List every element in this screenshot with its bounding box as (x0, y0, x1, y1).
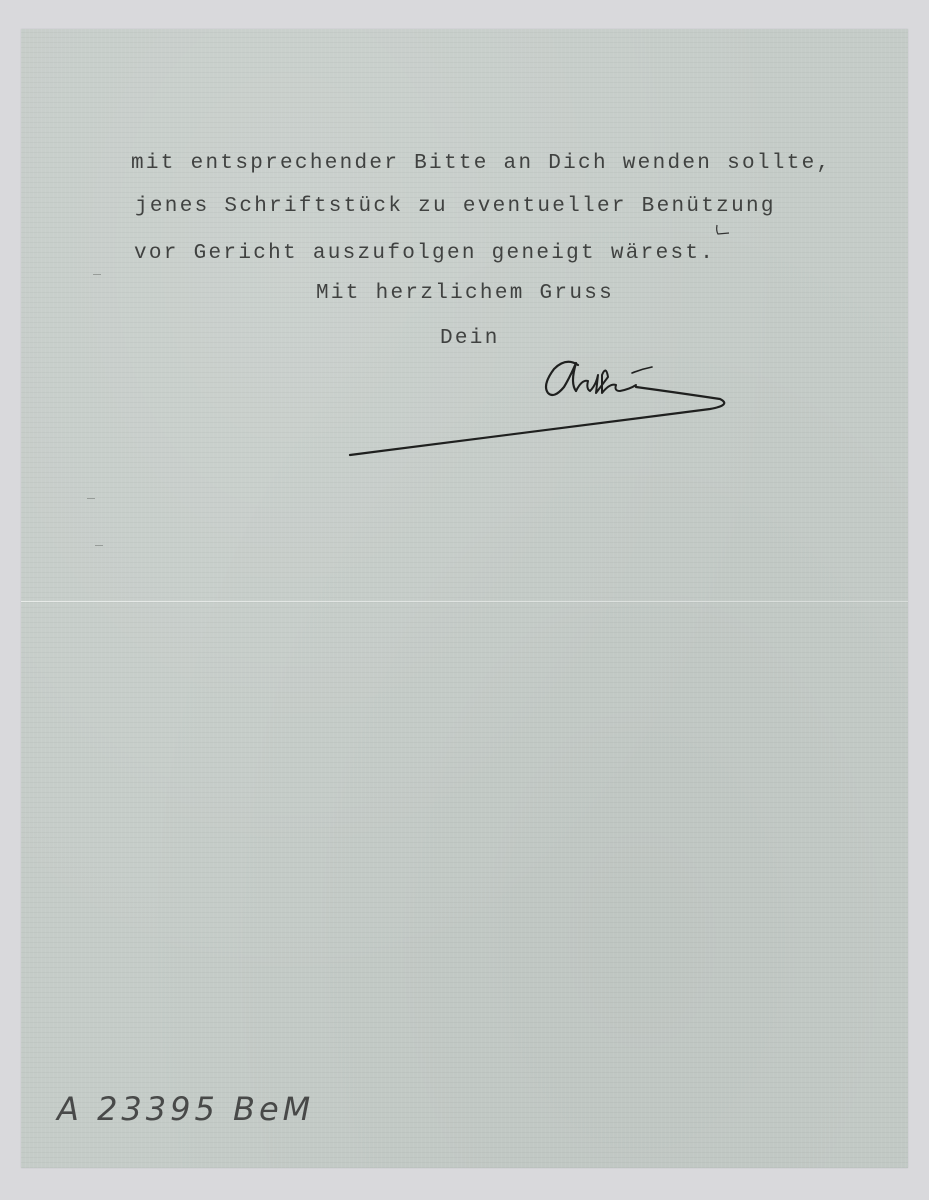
margin-mark (95, 545, 103, 546)
valediction: Dein (440, 328, 500, 349)
letter-line-1: mit entsprechender Bitte an Dich wenden … (131, 153, 831, 174)
letter-line-3: vor Gericht auszufolgen geneigt wärest. (134, 243, 715, 264)
archive-number: A 23395 BeM (57, 1090, 314, 1128)
letter-line-2: jenes Schriftstück zu eventueller Benütz… (135, 196, 776, 217)
signature-icon (340, 355, 740, 465)
closing-line: Mit herzlichem Gruss (316, 283, 614, 304)
margin-mark (93, 274, 101, 275)
footnote-mark-icon (714, 224, 730, 238)
margin-mark (87, 498, 95, 499)
paper-fold-line (21, 601, 908, 602)
